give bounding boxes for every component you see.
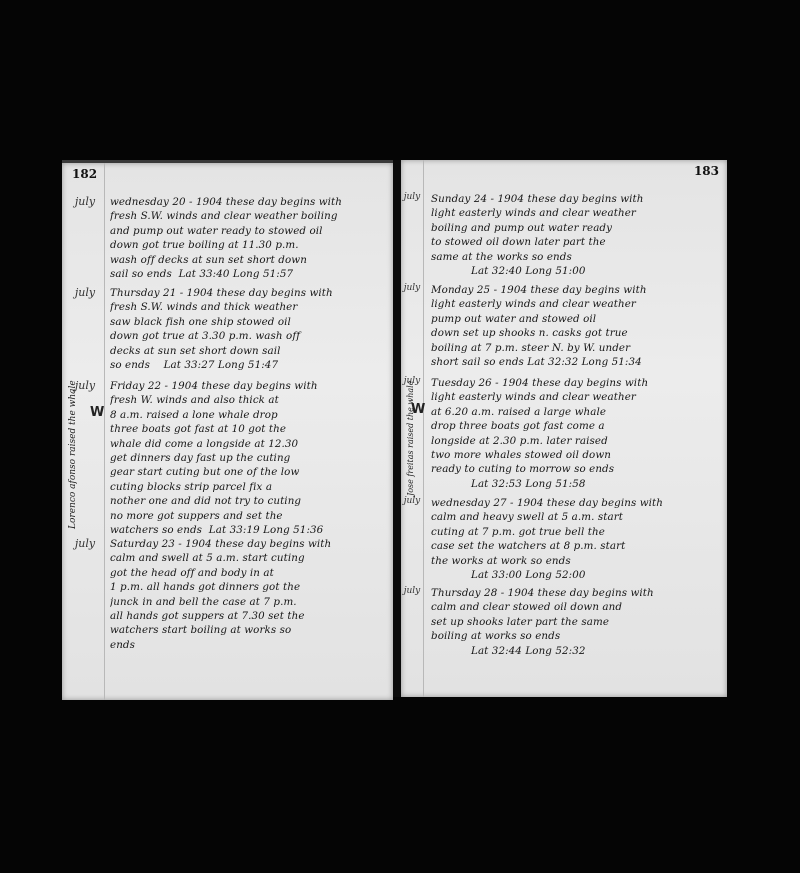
entry-line: drop three boats got fast come a bbox=[431, 419, 725, 433]
entry-line: all hands got suppers at 7.30 set the bbox=[110, 609, 389, 623]
entry-month: july bbox=[401, 192, 423, 202]
log-entry: july wednesday 27 - 1904 these day begin… bbox=[401, 496, 725, 582]
entry-line: fresh W. winds and also thick at bbox=[110, 393, 389, 407]
entry-line: down got true at 3.30 p.m. wash off bbox=[110, 329, 389, 343]
entry-month: july bbox=[401, 283, 423, 293]
entry-month: july bbox=[66, 286, 104, 299]
entry-line: watchers so ends Lat 33:19 Long 51:36 bbox=[110, 523, 389, 537]
left-page: 182 july wednesday 20 - 1904 these day b… bbox=[62, 160, 393, 700]
entry-text: Thursday 21 - 1904 these day begins with… bbox=[110, 286, 389, 372]
entry-line: ready to cuting to morrow so ends bbox=[431, 462, 725, 476]
entry-line: light easterly winds and clear weather bbox=[431, 390, 725, 404]
entry-line: to stowed oil down later part the bbox=[431, 235, 725, 249]
entry-line: Monday 25 - 1904 these day begins with bbox=[431, 283, 725, 297]
entry-line: get dinners day fast up the cuting bbox=[110, 451, 389, 465]
entry-line: Sunday 24 - 1904 these day begins with bbox=[431, 192, 725, 206]
whale-stamp-icon: W bbox=[90, 405, 104, 420]
entry-line: cuting at 7 p.m. got true bell the bbox=[431, 525, 725, 539]
entry-text: Tuesday 26 - 1904 these day begins with … bbox=[431, 376, 725, 491]
entry-line: Friday 22 - 1904 these day begins with bbox=[110, 379, 389, 393]
log-entry: july W Lorenco afonso raised the whale F… bbox=[66, 379, 389, 537]
entry-line: down got true boiling at 11.30 p.m. bbox=[110, 238, 389, 252]
lat-long-position: Lat 32:40 Long 51:00 bbox=[431, 264, 725, 278]
entry-line: wednesday 27 - 1904 these day begins wit… bbox=[431, 496, 725, 510]
entry-line: two more whales stowed oil down bbox=[431, 448, 725, 462]
entry-line: down set up shooks n. casks got true bbox=[431, 326, 725, 340]
entry-line: no more got suppers and set the bbox=[110, 509, 389, 523]
entry-line: wash off decks at sun set short down bbox=[110, 253, 389, 267]
entry-text: Monday 25 - 1904 these day begins with l… bbox=[431, 283, 725, 369]
entry-month: july bbox=[401, 586, 423, 596]
entry-line: gear start cuting but one of the low bbox=[110, 465, 389, 479]
book-spine bbox=[393, 160, 401, 697]
entry-line: light easterly winds and clear weather bbox=[431, 206, 725, 220]
entry-line: sail so ends Lat 33:40 Long 51:57 bbox=[110, 267, 389, 281]
entry-line: light easterly winds and clear weather bbox=[431, 297, 725, 311]
logbook-spread: 182 july wednesday 20 - 1904 these day b… bbox=[0, 0, 800, 873]
entry-month: july bbox=[66, 537, 104, 550]
entry-line: watchers start boiling at works so bbox=[110, 623, 389, 637]
entry-line: fresh S.W. winds and thick weather bbox=[110, 300, 389, 314]
entry-line: same at the works so ends bbox=[431, 250, 725, 264]
entry-line: at 6.20 a.m. raised a large whale bbox=[431, 405, 725, 419]
log-entry: july Thursday 28 - 1904 these day begins… bbox=[401, 586, 725, 658]
entry-line: Saturday 23 - 1904 these day begins with bbox=[110, 537, 389, 551]
entry-line: ends bbox=[110, 638, 389, 652]
entry-text: Thursday 28 - 1904 these day begins with… bbox=[431, 586, 725, 658]
entry-line: calm and clear stowed oil down and bbox=[431, 600, 725, 614]
entry-line: short sail so ends Lat 32:32 Long 51:34 bbox=[431, 355, 725, 369]
entry-line: nother one and did not try to cuting bbox=[110, 494, 389, 508]
lat-long-position: Lat 33:40 Long 51:57 bbox=[179, 268, 294, 280]
entry-line: calm and heavy swell at 5 a.m. start bbox=[431, 510, 725, 524]
log-entry: july W Jose freitas raised the whale Tue… bbox=[401, 376, 725, 491]
entry-line: got the head off and body in at bbox=[110, 566, 389, 580]
entry-line: boiling at 7 p.m. steer N. by W. under bbox=[431, 341, 725, 355]
entry-line: saw black fish one ship stowed oil bbox=[110, 315, 389, 329]
entry-line: cuting blocks strip parcel fix a bbox=[110, 480, 389, 494]
margin-note: Jose freitas raised the whale bbox=[405, 381, 416, 496]
lat-long-position: Lat 33:19 Long 51:36 bbox=[209, 524, 324, 536]
entry-line: boiling and pump out water ready bbox=[431, 221, 725, 235]
entry-line: longside at 2.30 p.m. later raised bbox=[431, 434, 725, 448]
entry-line: Thursday 21 - 1904 these day begins with bbox=[110, 286, 389, 300]
entry-line: case set the watchers at 8 p.m. start bbox=[431, 539, 725, 553]
entry-month: july bbox=[66, 195, 104, 208]
entry-line: three boats got fast at 10 got the bbox=[110, 422, 389, 436]
entry-text: wednesday 27 - 1904 these day begins wit… bbox=[431, 496, 725, 582]
log-entry: july Monday 25 - 1904 these day begins w… bbox=[401, 283, 725, 369]
entry-month: july bbox=[401, 496, 423, 506]
entry-line: boiling at works so ends bbox=[431, 629, 725, 643]
entry-line: Tuesday 26 - 1904 these day begins with bbox=[431, 376, 725, 390]
log-entry: july wednesday 20 - 1904 these day begin… bbox=[66, 195, 389, 281]
lat-long-position: Lat 32:32 Long 51:34 bbox=[527, 356, 642, 368]
entry-line: 8 a.m. raised a lone whale drop bbox=[110, 408, 389, 422]
log-entry: july Thursday 21 - 1904 these day begins… bbox=[66, 286, 389, 372]
log-entry: july Sunday 24 - 1904 these day begins w… bbox=[401, 192, 725, 278]
entry-line: pump out water and stowed oil bbox=[431, 312, 725, 326]
entry-line: and pump out water ready to stowed oil bbox=[110, 224, 389, 238]
page-number: 183 bbox=[694, 164, 719, 178]
entry-line: the works at work so ends bbox=[431, 554, 725, 568]
entry-line: junck in and bell the case at 7 p.m. bbox=[110, 595, 389, 609]
entry-line: calm and swell at 5 a.m. start cuting bbox=[110, 551, 389, 565]
entry-line: fresh S.W. winds and clear weather boili… bbox=[110, 209, 389, 223]
entry-text: wednesday 20 - 1904 these day begins wit… bbox=[110, 195, 389, 281]
entry-line: wednesday 20 - 1904 these day begins wit… bbox=[110, 195, 389, 209]
right-page: 183 july Sunday 24 - 1904 these day begi… bbox=[401, 160, 727, 697]
entry-text: Sunday 24 - 1904 these day begins with l… bbox=[431, 192, 725, 278]
lat-long-position: Lat 33:00 Long 52:00 bbox=[431, 568, 725, 582]
lat-long-position: Lat 32:53 Long 51:58 bbox=[431, 477, 725, 491]
entry-text: Friday 22 - 1904 these day begins with f… bbox=[110, 379, 389, 537]
entry-line: so ends Lat 33:27 Long 51:47 bbox=[110, 358, 389, 372]
lat-long-position: Lat 33:27 Long 51:47 bbox=[164, 359, 279, 371]
entry-line: decks at sun set short down sail bbox=[110, 344, 389, 358]
entry-line: 1 p.m. all hands got dinners got the bbox=[110, 580, 389, 594]
margin-note: Lorenco afonso raised the whale bbox=[68, 380, 79, 529]
entry-line: Thursday 28 - 1904 these day begins with bbox=[431, 586, 725, 600]
entry-text: Saturday 23 - 1904 these day begins with… bbox=[110, 537, 389, 652]
entry-line: whale did come a longside at 12.30 bbox=[110, 437, 389, 451]
lat-long-position: Lat 32:44 Long 52:32 bbox=[431, 644, 725, 658]
entry-line: set up shooks later part the same bbox=[431, 615, 725, 629]
log-entry: july Saturday 23 - 1904 these day begins… bbox=[66, 537, 389, 652]
page-number: 182 bbox=[72, 167, 97, 181]
